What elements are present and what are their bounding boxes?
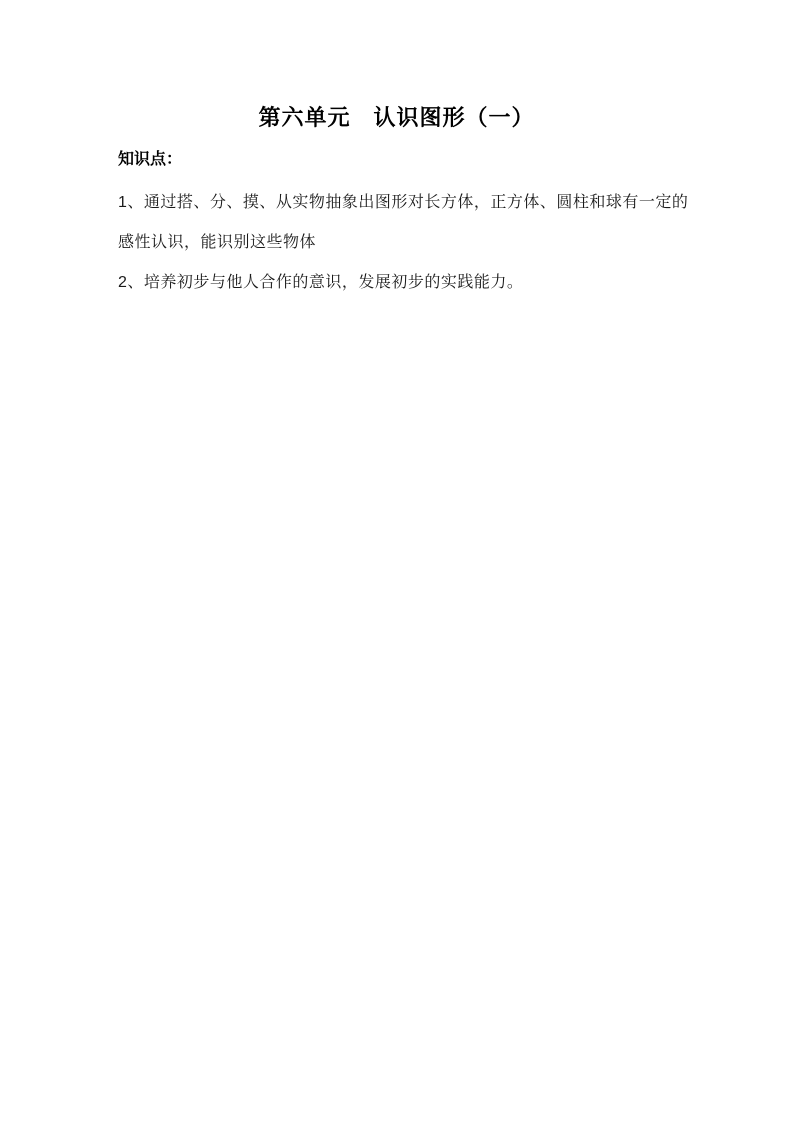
document-title: 第六单元 认识图形（一） xyxy=(0,0,793,132)
knowledge-point-1-line-2: 感性认识，能识别这些物体 xyxy=(118,233,685,253)
knowledge-point-1-line-1: 1、通过搭、分、摸、从实物抽象出图形对长方体，正方体、圆柱和球有一定的 xyxy=(118,193,685,213)
document-body: 知识点： 1、通过搭、分、摸、从实物抽象出图形对长方体，正方体、圆柱和球有一定的… xyxy=(0,150,793,293)
knowledge-point-2: 2、培养初步与他人合作的意识，发展初步的实践能力。 xyxy=(118,273,685,293)
document-page: 第六单元 认识图形（一） 知识点： 1、通过搭、分、摸、从实物抽象出图形对长方体… xyxy=(0,0,793,1122)
knowledge-points-heading: 知识点： xyxy=(118,150,685,170)
